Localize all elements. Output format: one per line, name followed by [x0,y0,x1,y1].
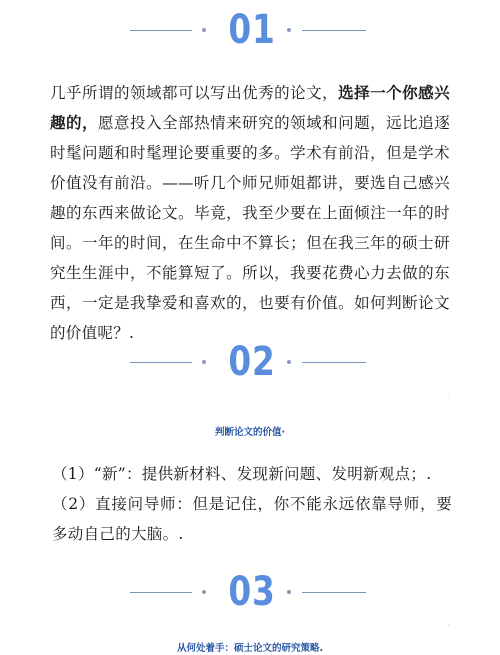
section-number: 03 [227,569,276,615]
section-1-paragraph: 几乎所谓的领域都可以写出优秀的论文，选择一个你感兴趣的，愿意投入全部热情来研究的… [50,78,450,348]
paragraph-text: 愿意投入全部热情来研究的领域和问题，远比追逐时髦问题和时髦理论要重要的多。学术有… [50,114,450,342]
divider-line [130,362,192,363]
section-2-subtitle: 判断论文的价值· [0,424,500,438]
divider-dot [287,590,291,594]
divider-line [130,30,192,31]
section-number: 01 [227,7,276,53]
section-number: 02 [227,339,276,385]
divider-line [302,30,366,31]
paragraph-mark: · [447,621,450,630]
section-2-list-item: （1）“新”：提供新材料、发现新问题、发明新观点；. [52,459,452,489]
divider-line [302,362,366,363]
divider-dot [287,360,291,364]
section-divider-02: 02 [0,337,500,387]
divider-line [302,592,366,593]
paragraph-mark: · [447,391,450,400]
divider-dot [202,28,206,32]
section-3-subtitle: 从何处着手：硕士论文的研究策略. [0,640,500,654]
divider-dot [202,360,206,364]
section-2-list-item: （2）直接问导师：但是记住，你不能永远依靠导师，要多动自己的大脑。. [52,489,452,549]
divider-dot [202,590,206,594]
divider-line [130,592,192,593]
section-divider-01: 01 [0,5,500,55]
divider-dot [287,28,291,32]
section-divider-03: 03 [0,567,500,617]
paragraph-text: 几乎所谓的领域都可以写出优秀的论文， [50,84,338,102]
